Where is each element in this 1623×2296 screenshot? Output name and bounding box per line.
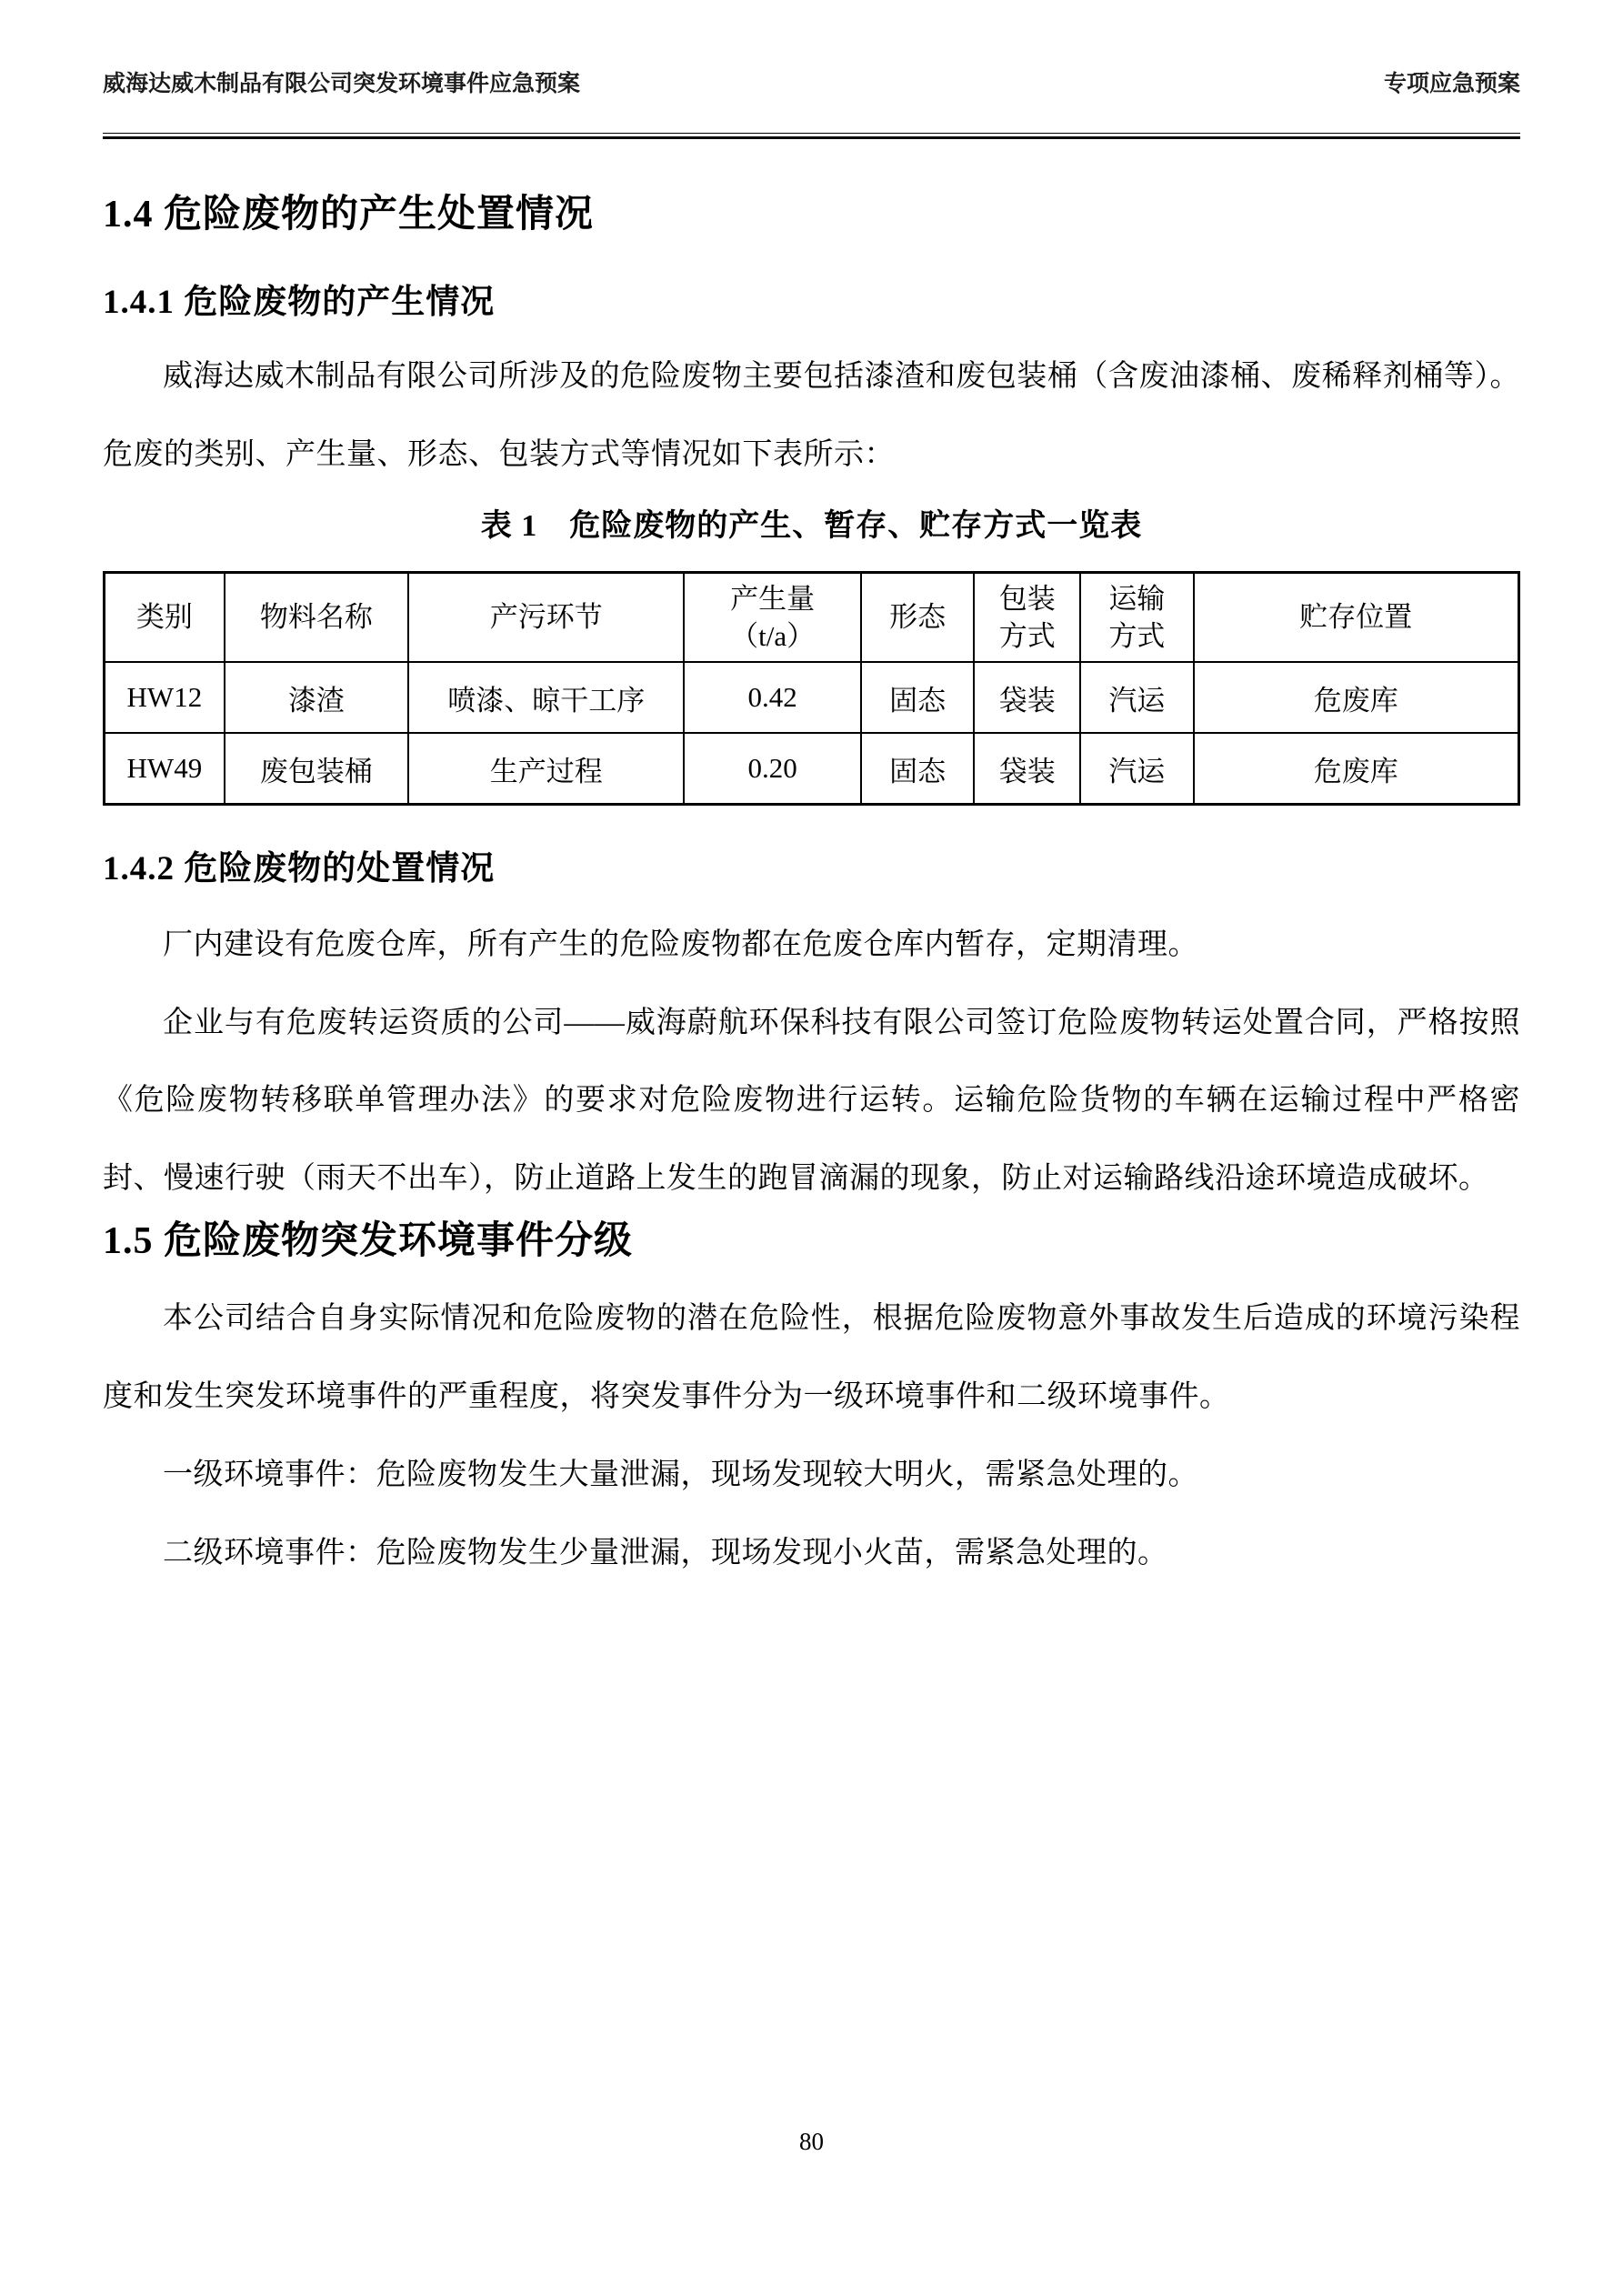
page-number: 80 — [0, 2128, 1623, 2156]
header-divider — [103, 133, 1520, 139]
section-1-4-heading: 1.4 危险废物的产生处置情况 — [103, 192, 1520, 237]
cell-category: HW49 — [105, 733, 225, 805]
cell-material-name: 废包装桶 — [225, 733, 408, 805]
cell-storage-location: 危废库 — [1194, 733, 1519, 805]
hazardous-waste-table: 类别 物料名称 产污环节 产生量 （t/a） 形态 包装 方式 运输 方式 贮存… — [103, 571, 1520, 806]
col-storage-location: 贮存位置 — [1194, 573, 1519, 663]
cell-packaging: 袋装 — [974, 733, 1080, 805]
section-1-5-paragraph-1: 本公司结合自身实际情况和危险废物的潜在危险性，根据危险废物意外事故发生后造成的环… — [103, 1280, 1520, 1437]
cell-packaging: 袋装 — [974, 662, 1080, 733]
section-1-4-2-paragraph-1: 厂内建设有危废仓库，所有产生的危险废物都在危废仓库内暂存，定期清理。 — [103, 907, 1520, 985]
col-pollution-stage: 产污环节 — [408, 573, 684, 663]
cell-pollution-stage: 生产过程 — [408, 733, 684, 805]
cell-form: 固态 — [861, 733, 974, 805]
section-1-5-heading: 1.5 危险废物突发环境事件分级 — [103, 1218, 1520, 1264]
cell-transport: 汽运 — [1080, 662, 1193, 733]
document-page: 威海达威木制品有限公司突发环境事件应急预案 专项应急预案 1.4 危险废物的产生… — [0, 0, 1623, 2296]
header-right-label: 专项应急预案 — [1384, 71, 1520, 98]
col-packaging: 包装 方式 — [974, 573, 1080, 663]
col-form: 形态 — [861, 573, 974, 663]
running-header: 威海达威木制品有限公司突发环境事件应急预案 专项应急预案 — [103, 71, 1520, 98]
section-1-4-1-paragraph: 威海达威木制品有限公司所涉及的危险废物主要包括漆渣和废包装桶（含废油漆桶、废稀释… — [103, 338, 1520, 495]
col-transport: 运输 方式 — [1080, 573, 1193, 663]
col-material-name: 物料名称 — [225, 573, 408, 663]
cell-generation-amount: 0.20 — [684, 733, 861, 805]
cell-material-name: 漆渣 — [225, 662, 408, 733]
table-1-caption: 表 1 危险废物的产生、暂存、贮存方式一览表 — [103, 503, 1520, 549]
table-header-row: 类别 物料名称 产污环节 产生量 （t/a） 形态 包装 方式 运输 方式 贮存… — [105, 573, 1519, 663]
section-1-4-1-heading: 1.4.1 危险废物的产生情况 — [103, 283, 1520, 323]
cell-form: 固态 — [861, 662, 974, 733]
section-1-4-2-paragraph-2: 企业与有危废转运资质的公司——威海蔚航环保科技有限公司签订危险废物转运处置合同，… — [103, 985, 1520, 1218]
section-1-4-2-heading: 1.4.2 危险废物的处置情况 — [103, 849, 1520, 889]
cell-generation-amount: 0.42 — [684, 662, 861, 733]
cell-transport: 汽运 — [1080, 733, 1193, 805]
cell-pollution-stage: 喷漆、晾干工序 — [408, 662, 684, 733]
section-1-5-paragraph-2: 一级环境事件：危险废物发生大量泄漏，现场发现较大明火，需紧急处理的。 — [103, 1437, 1520, 1515]
table-row-hw49: HW49 废包装桶 生产过程 0.20 固态 袋装 汽运 危废库 — [105, 733, 1519, 805]
table-row-hw12: HW12 漆渣 喷漆、晾干工序 0.42 固态 袋装 汽运 危废库 — [105, 662, 1519, 733]
cell-storage-location: 危废库 — [1194, 662, 1519, 733]
header-left-title: 威海达威木制品有限公司突发环境事件应急预案 — [103, 71, 580, 98]
col-generation-amount: 产生量 （t/a） — [684, 573, 861, 663]
section-1-5-paragraph-3: 二级环境事件：危险废物发生少量泄漏，现场发现小火苗，需紧急处理的。 — [103, 1515, 1520, 1593]
col-category: 类别 — [105, 573, 225, 663]
cell-category: HW12 — [105, 662, 225, 733]
